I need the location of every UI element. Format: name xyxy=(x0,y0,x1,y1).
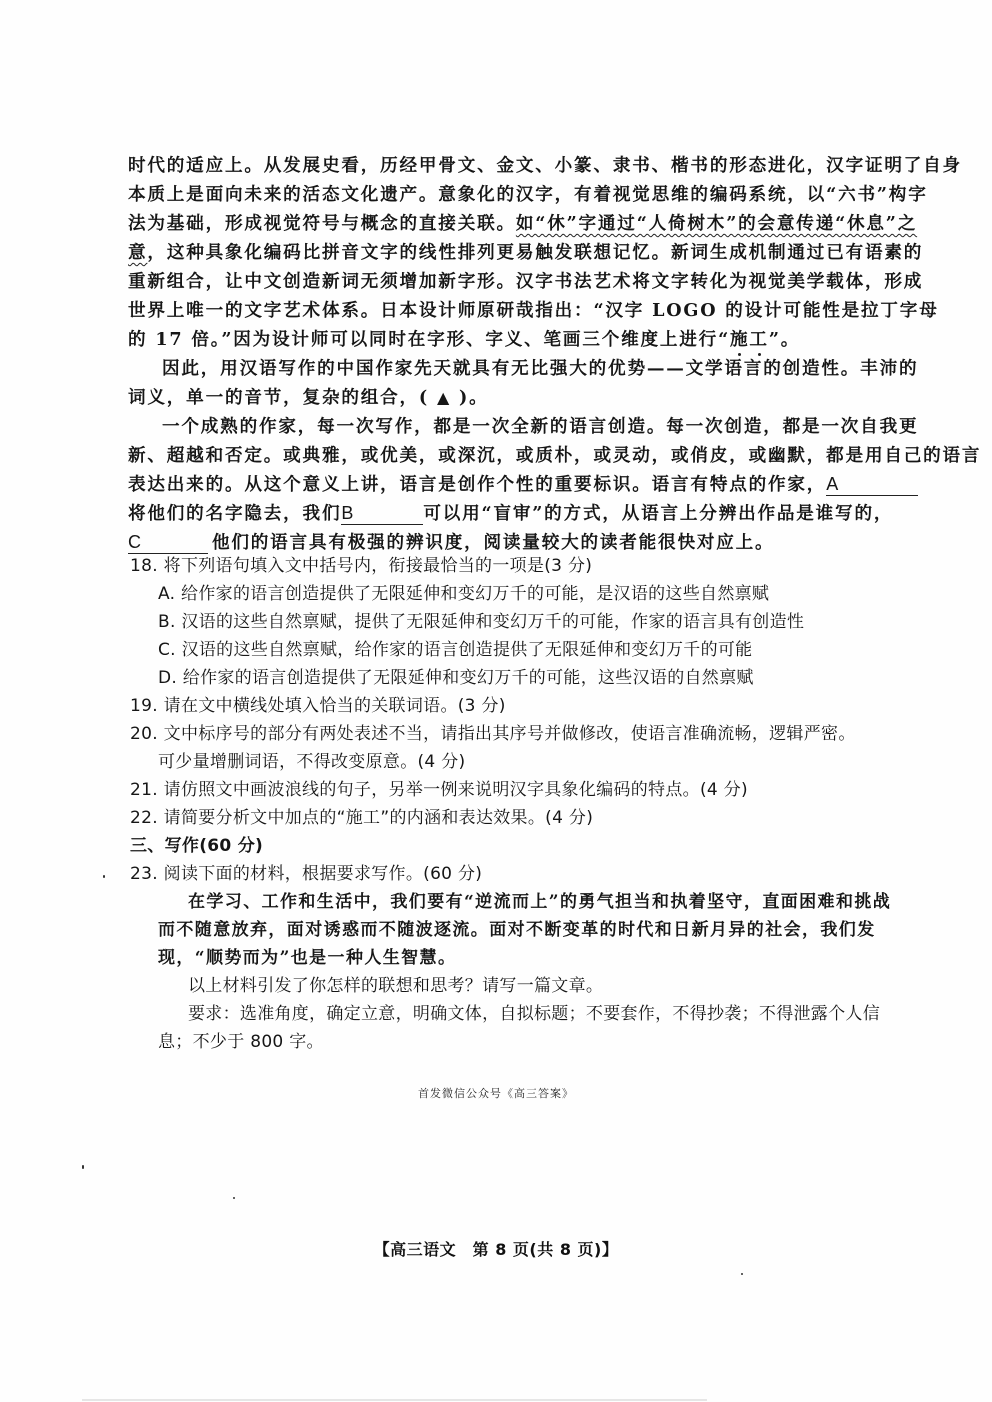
question-18-option-d[interactable]: D. 给作家的语言创造提供了无限延伸和变幻万千的可能，这些汉语的自然禀赋 xyxy=(130,664,870,692)
emphasis-char-gong: 工 xyxy=(749,329,768,350)
scan-speck xyxy=(103,875,105,878)
question-19-stem: 19. 请在文中横线处填入恰当的关联词语。(3 分) xyxy=(130,692,870,720)
requirements-line-1: 要求：选准角度，确定立意，明确文体，自拟标题；不要套作，不得抄袭；不得泄露个人信 xyxy=(130,1000,860,1028)
wavy-underlined-sentence-part1: 如“休”字通过“人倚树木”的会意传递“休息”之 xyxy=(516,213,917,234)
blank-c[interactable]: C xyxy=(128,531,208,554)
passage-line-4: 意，这种具象化编码比拼音文字的线性排列更易触发联想记忆。新词生成机制通过已有语素… xyxy=(128,238,858,267)
para3-line-4-post: 可以用“盲审”的方式，从语言上分辨出作品是谁写的， xyxy=(423,503,893,524)
watermark-text: 首发微信公众号《高三答案》 xyxy=(0,1085,992,1101)
para2-line-2-pre: 词义，单一的音节，复杂的组合，( xyxy=(128,387,429,408)
reading-passage: 时代的适应上。从发展史看，历经甲骨文、金文、小篆、隶书、楷书的形态进化，汉字证明… xyxy=(128,151,858,557)
scan-speck xyxy=(741,1273,743,1275)
para3-line-3-text: 表达出来的。从这个意义上讲，语言是创作个性的重要标识。语言有特点的作家， xyxy=(128,474,826,495)
question-23-stem: 23. 阅读下面的材料，根据要求写作。(60 分) xyxy=(130,860,860,888)
para3-line-2: 新、超越和否定。或典雅，或优美，或深沉，或质朴，或灵动，或俏皮，或幽默，都是用自… xyxy=(128,441,858,470)
question-18-stem: 18. 将下列语句填入文中括号内，衔接最恰当的一项是(3 分) xyxy=(130,552,870,580)
para2-line-2: 词义，单一的音节，复杂的组合，( ▲ )。 xyxy=(128,383,858,412)
triangle-placeholder-icon: ▲ xyxy=(437,388,451,407)
question-18-option-c[interactable]: C. 汉语的这些自然禀赋，给作家的语言创造提供了无限延伸和变幻万千的可能 xyxy=(130,636,870,664)
question-18-option-a[interactable]: A. 给作家的语言创造提供了无限延伸和变幻万千的可能，是汉语的这些自然禀赋 xyxy=(130,580,870,608)
writing-prompt: 以上材料引发了你怎样的联想和思考？请写一篇文章。 xyxy=(130,972,860,1000)
passage-line-6: 世界上唯一的文字艺术体系。日本设计师原研哉指出：“汉字 LOGO 的设计可能性是… xyxy=(128,296,858,325)
material-line-2: 而不随意放弃，面对诱惑而不随波逐流。面对不断变革的时代和日新月异的社会，我们发 xyxy=(130,916,860,944)
para3-line-3: 表达出来的。从这个意义上讲，语言是创作个性的重要标识。语言有特点的作家，A xyxy=(128,470,858,499)
wavy-underlined-sentence-part2: 意 xyxy=(128,242,147,263)
emphasis-close: ”。 xyxy=(769,329,800,350)
question-20-stem: 20. 文中标序号的部分有两处表述不当，请指出其序号并做修改，使语言准确流畅，逻… xyxy=(130,720,870,748)
para3-line-1: 一个成熟的作家，每一次写作，都是一次全新的语言创造。每一次创造，都是一次自我更 xyxy=(128,412,858,441)
passage-line-4-text: 这种具象化编码比拼音文字的线性排列更易触发联想记忆。新词生成机制通过已有语素的 xyxy=(167,242,923,263)
question-20-continuation: 可少量增删词语，不得改变原意。(4 分) xyxy=(130,748,870,776)
para3-line-4-pre: 将他们的名字隐去，我们 xyxy=(128,503,341,524)
passage-line-3-text: 法为基础，形成视觉符号与概念的直接关联。 xyxy=(128,213,516,234)
material-line-1: 在学习、工作和生活中，我们要有“逆流而上”的勇气担当和执着坚守，直面困难和挑战 xyxy=(130,888,860,916)
para3-line-5-text: 他们的语言具有极强的辨识度，阅读量较大的读者能很快对应上。 xyxy=(212,532,774,553)
blank-a[interactable]: A xyxy=(826,473,918,496)
question-18-option-b[interactable]: B. 汉语的这些自然禀赋，提供了无限延伸和变幻万千的可能，作家的语言具有创造性 xyxy=(130,608,870,636)
wavy-tail: ， xyxy=(147,242,166,263)
scan-speck xyxy=(82,1165,84,1169)
passage-line-2: 本质上是面向未来的活态文化遗产。意象化的汉字，有着视觉思维的编码系统，以“六书”… xyxy=(128,180,858,209)
emphasis-char-shi: 施 xyxy=(730,329,749,350)
passage-line-7: 的 17 倍。”因为设计师可以同时在字形、字义、笔画三个维度上进行“施工”。 xyxy=(128,325,858,354)
passage-line-1: 时代的适应上。从发展史看，历经甲骨文、金文、小篆、隶书、楷书的形态进化，汉字证明… xyxy=(128,151,858,180)
scan-speck xyxy=(233,1197,235,1199)
question-22-stem: 22. 请简要分析文中加点的“施工”的内涵和表达效果。(4 分) xyxy=(130,804,870,832)
para3-line-4: 将他们的名字隐去，我们B可以用“盲审”的方式，从语言上分辨出作品是谁写的， xyxy=(128,499,858,528)
page-footer: 【高三语文 第 8 页(共 8 页)】 xyxy=(0,1237,992,1260)
blank-b[interactable]: B xyxy=(341,502,423,525)
passage-line-7-text: 的 17 倍。”因为设计师可以同时在字形、字义、笔画三个维度上进行“ xyxy=(128,329,730,350)
requirements-line-2: 息；不少于 800 字。 xyxy=(130,1028,860,1056)
exam-page: 时代的适应上。从发展史看，历经甲骨文、金文、小篆、隶书、楷书的形态进化，汉字证明… xyxy=(0,0,992,1402)
passage-line-3: 法为基础，形成视觉符号与概念的直接关联。如“休”字通过“人倚树木”的会意传递“休… xyxy=(128,209,858,238)
questions-block: 18. 将下列语句填入文中括号内，衔接最恰当的一项是(3 分) A. 给作家的语… xyxy=(130,552,870,860)
section-3-heading: 三、写作(60 分) xyxy=(130,832,870,860)
scan-edge-line xyxy=(82,1399,707,1401)
para2-line-2-post: )。 xyxy=(459,387,489,408)
question-21-stem: 21. 请仿照文中画波浪线的句子，另举一例来说明汉字具象化编码的特点。(4 分) xyxy=(130,776,870,804)
writing-section: 23. 阅读下面的材料，根据要求写作。(60 分) 在学习、工作和生活中，我们要… xyxy=(130,860,860,1056)
para2-line-1: 因此，用汉语写作的中国作家先天就具有无比强大的优势——文学语言的创造性。丰沛的 xyxy=(128,354,858,383)
material-line-3: 现，“顺势而为”也是一种人生智慧。 xyxy=(130,944,860,972)
passage-line-5: 重新组合，让中文创造新词无须增加新字形。汉字书法艺术将文字转化为视觉美学载体，形… xyxy=(128,267,858,296)
